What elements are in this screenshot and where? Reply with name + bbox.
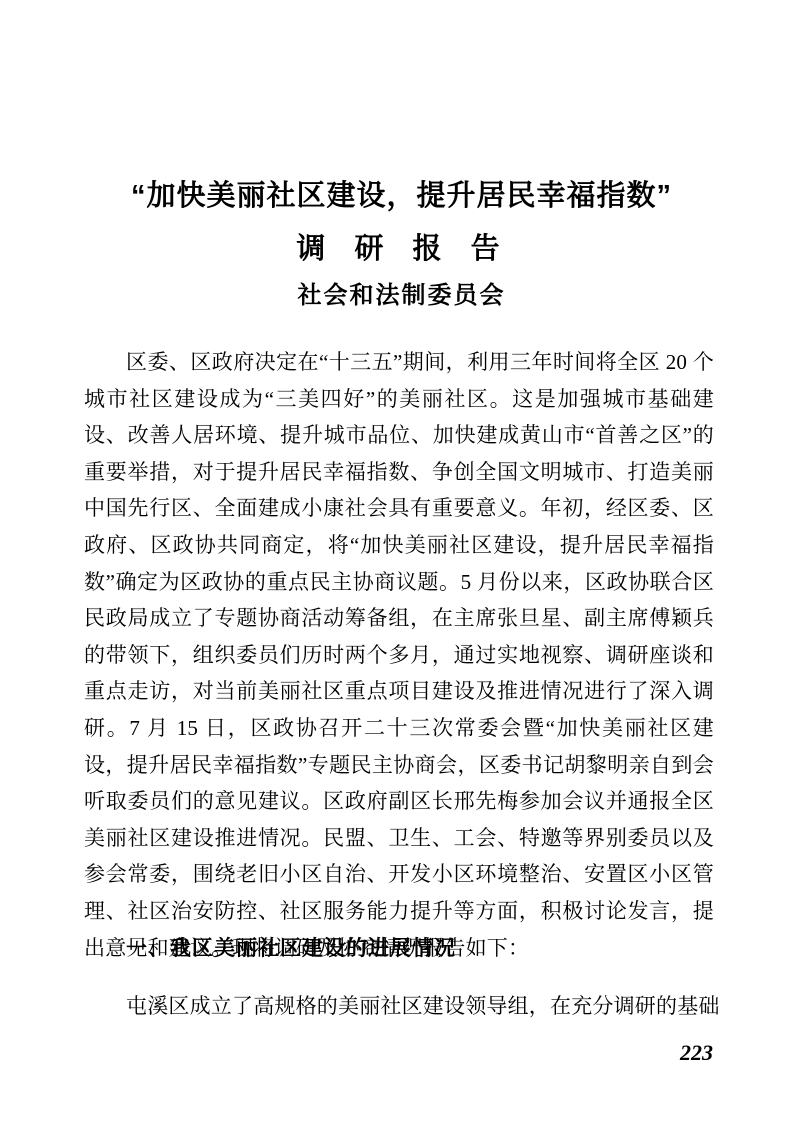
section-1-first-paragraph: 屯溪区成立了高规格的美丽社区建设领导组，在充分调研的基础: [84, 988, 714, 1025]
intro-paragraph: 区委、区政府决定在“十三五”期间，利用三年时间将全区 20 个城市社区建设成为“…: [84, 344, 714, 966]
report-title-line1: “加快美丽社区建设，提升居民幸福指数”: [0, 180, 803, 213]
section-1-heading: 一、我区美丽社区建设的进展情况: [84, 936, 714, 961]
document-page: “加快美丽社区建设，提升居民幸福指数” 调 研 报 告 社会和法制委员会 区委、…: [0, 0, 803, 1133]
report-title-line2: 调 研 报 告: [0, 233, 803, 266]
page-number: 223: [680, 1041, 713, 1065]
report-author-committee: 社会和法制委员会: [0, 283, 803, 311]
